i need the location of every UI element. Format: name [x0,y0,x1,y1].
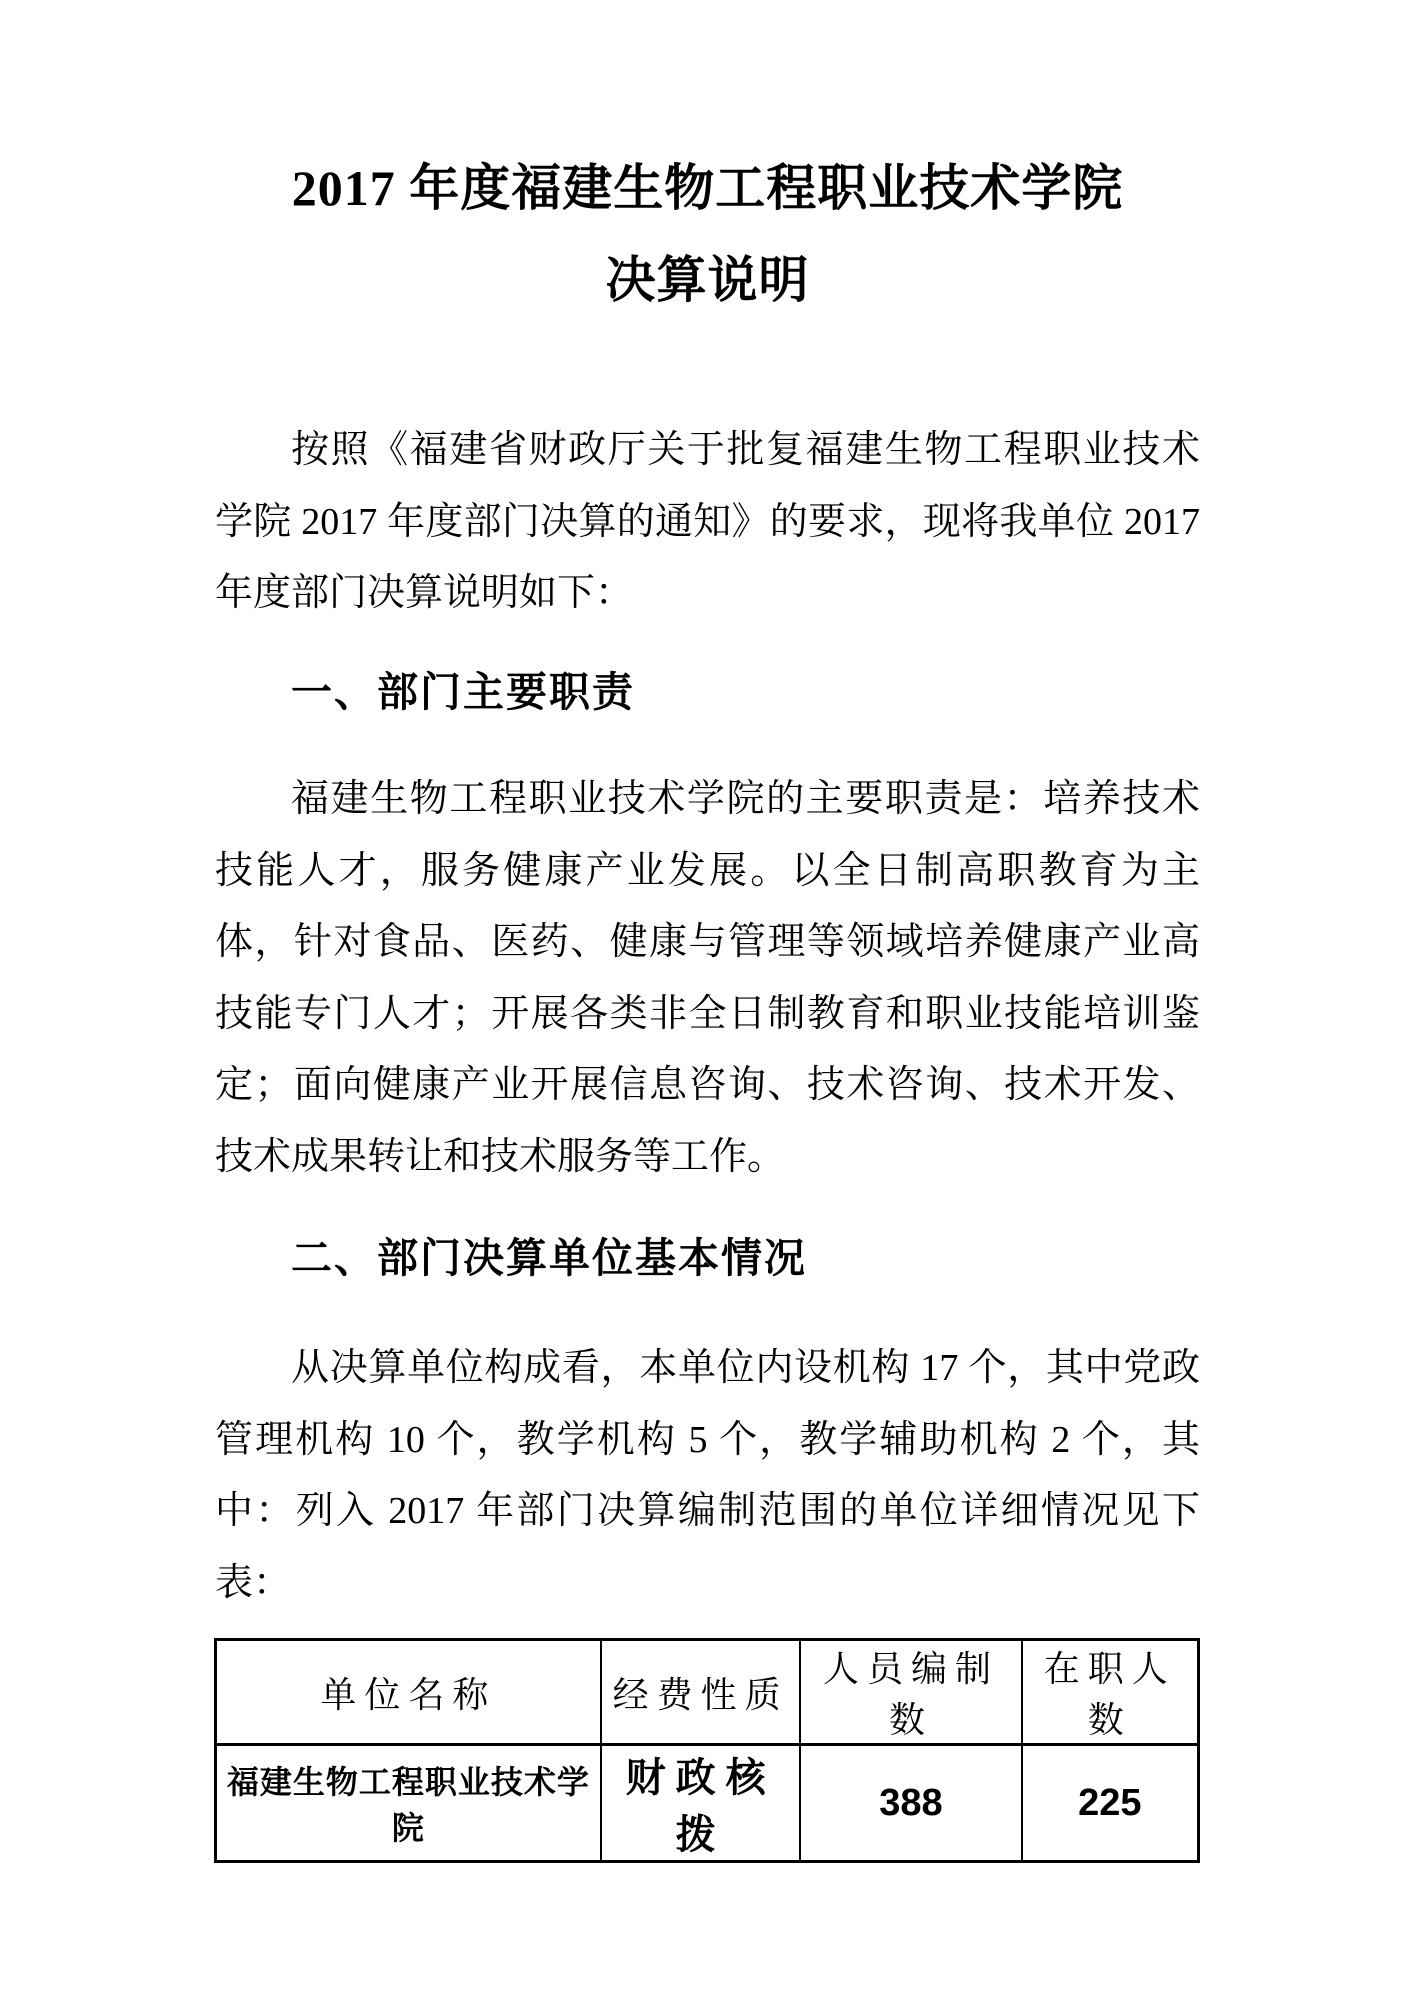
section1-paragraph: 福建生物工程职业技术学院的主要职责是：培养技术 技能人才，服务健康产业发展。以全… [215,764,1200,1193]
section1-line: 福建生物工程职业技术学院的主要职责是：培养技术 [215,764,1200,836]
section2-line: 中：列入 2017 年部门决算编制范围的单位详细情况见下 [215,1476,1200,1548]
section2-line: 从决算单位构成看，本单位内设机构 17 个，其中党政 [215,1333,1200,1405]
section1-line: 技能专门人才；开展各类非全日制教育和职业技能培训鉴 [215,979,1200,1051]
document-page: 2017 年度福建生物工程职业技术学院 决算说明 按照《福建省财政厅关于批复福建… [0,0,1413,2000]
document-title-line2: 决算说明 [215,250,1200,310]
intro-line: 年度部门决算说明如下： [215,558,1200,630]
section2-heading: 二、部门决算单位基本情况 [215,1234,1200,1282]
intro-line: 按照《福建省财政厅关于批复福建生物工程职业技术 [215,415,1200,487]
section1-line: 技能人才，服务健康产业发展。以全日制高职教育为主 [215,836,1200,908]
units-table: 单位名称 经费性质 人员编制数 在职人数 福建生物工程职业技术学院 财政核拨 3… [214,1638,1200,1863]
table-header-unit-name: 单位名称 [216,1640,601,1745]
table-cell-funding-type: 财政核拨 [601,1745,801,1862]
table-cell-unit-name: 福建生物工程职业技术学院 [216,1745,601,1862]
section2-paragraph: 从决算单位构成看，本单位内设机构 17 个，其中党政 管理机构 10 个，教学机… [215,1333,1200,1619]
section1-line: 定；面向健康产业开展信息咨询、技术咨询、技术开发、 [215,1050,1200,1122]
table-header-funding-type: 经费性质 [601,1640,801,1745]
document-title-line1: 2017 年度福建生物工程职业技术学院 [215,158,1200,218]
table-cell-staff-quota: 388 [800,1745,1021,1862]
section1-line: 体，针对食品、医药、健康与管理等领域培养健康产业高 [215,907,1200,979]
units-table-data-row: 福建生物工程职业技术学院 财政核拨 388 225 [216,1745,1199,1862]
table-header-staff-quota: 人员编制数 [800,1640,1021,1745]
table-header-staff-active: 在职人数 [1022,1640,1199,1745]
intro-paragraph: 按照《福建省财政厅关于批复福建生物工程职业技术 学院 2017 年度部门决算的通… [215,415,1200,630]
section1-line: 技术成果转让和技术服务等工作。 [215,1122,1200,1194]
intro-line: 学院 2017 年度部门决算的通知》的要求，现将我单位 2017 [215,487,1200,559]
document-content: 2017 年度福建生物工程职业技术学院 决算说明 按照《福建省财政厅关于批复福建… [215,0,1200,2000]
table-cell-staff-active: 225 [1022,1745,1199,1862]
section2-line: 管理机构 10 个，教学机构 5 个，教学辅助机构 2 个，其 [215,1405,1200,1477]
units-table-header-row: 单位名称 经费性质 人员编制数 在职人数 [216,1640,1199,1745]
section1-heading: 一、部门主要职责 [215,668,1200,716]
section2-line: 表： [215,1548,1200,1620]
